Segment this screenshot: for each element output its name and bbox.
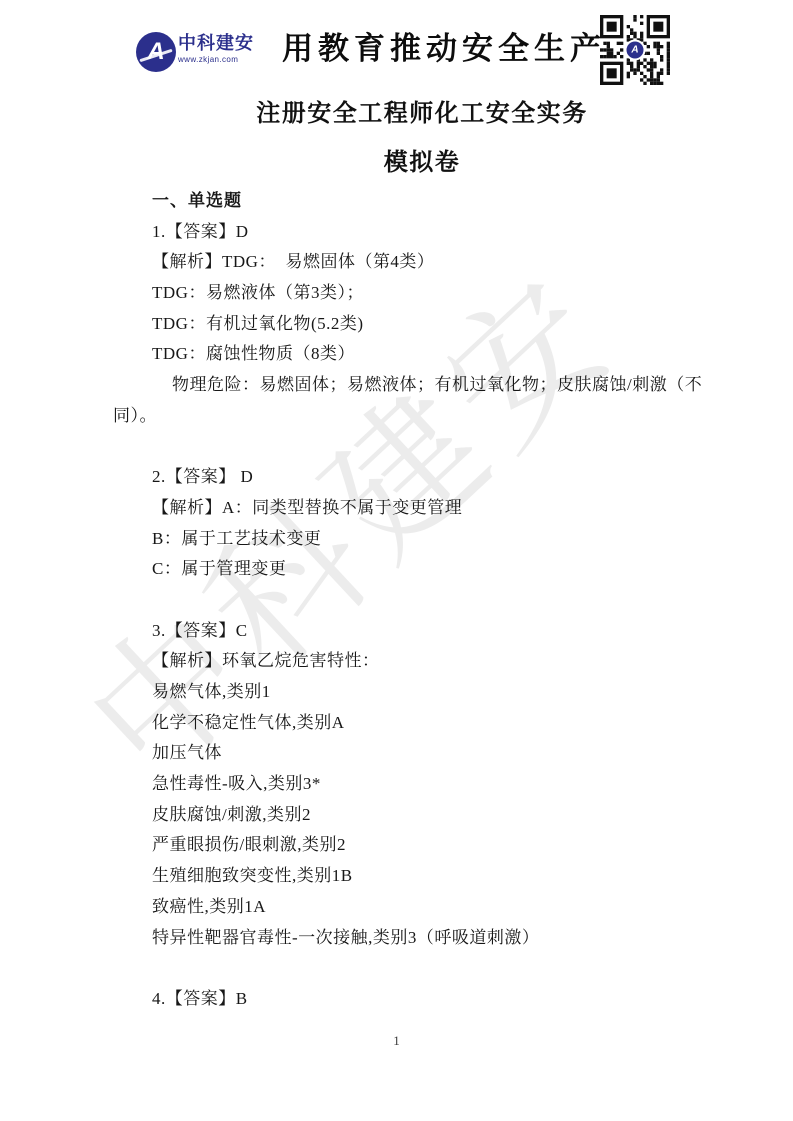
document-line bbox=[113, 585, 728, 616]
answer-lines: 1.【答案】D【解析】TDG： 易燃固体（第4类）TDG：易燃液体（第3类）；T… bbox=[113, 217, 728, 1015]
document-line: 【解析】A：同类型替换不属于变更管理 bbox=[113, 493, 728, 524]
page-footer: 1 bbox=[0, 1033, 793, 1049]
brand-logo-text: 中科建安 www.zkjan.com bbox=[178, 33, 254, 65]
page-number: 1 bbox=[393, 1033, 400, 1048]
document-page: 中科建安 A 中科建安 www.zkjan.com 用教育推动安全生产 A 注册… bbox=[0, 0, 793, 1121]
qr-code: A bbox=[600, 15, 670, 85]
brand-website: www.zkjan.com bbox=[178, 55, 254, 65]
document-body: 一、单选题 1.【答案】D【解析】TDG： 易燃固体（第4类）TDG：易燃液体（… bbox=[113, 186, 728, 1015]
brand-slogan: 用教育推动安全生产 bbox=[282, 28, 606, 70]
qr-center-logo: A bbox=[625, 40, 646, 61]
document-line: TDG：有机过氧化物(5.2类) bbox=[113, 309, 728, 340]
document-line: 易燃气体,类别1 bbox=[113, 677, 728, 708]
document-line: 2.【答案】 D bbox=[113, 462, 728, 493]
brand-name: 中科建安 bbox=[178, 33, 254, 54]
section-heading: 一、单选题 bbox=[113, 186, 728, 217]
document-line: C：属于管理变更 bbox=[113, 554, 728, 585]
document-line: B：属于工艺技术变更 bbox=[113, 524, 728, 555]
document-line: 急性毒性-吸入,类别3* bbox=[113, 769, 728, 800]
document-line: TDG：腐蚀性物质（8类） bbox=[113, 339, 728, 370]
document-line: 4.【答案】B bbox=[113, 984, 728, 1015]
document-line: 物理危险：易燃固体；易燃液体；有机过氧化物；皮肤腐蚀/刺激（不 bbox=[113, 370, 728, 401]
document-line: 1.【答案】D bbox=[113, 217, 728, 248]
document-line bbox=[113, 432, 728, 463]
document-line: 同）。 bbox=[113, 401, 728, 432]
document-line: 【解析】TDG： 易燃固体（第4类） bbox=[113, 247, 728, 278]
brand-logo-icon: A bbox=[136, 32, 176, 72]
document-line: 化学不稳定性气体,类别A bbox=[113, 708, 728, 739]
qr-logo-letter: A bbox=[631, 42, 638, 59]
document-line: 生殖细胞致突变性,类别1B bbox=[113, 861, 728, 892]
document-line: 3.【答案】C bbox=[113, 616, 728, 647]
document-title: 注册安全工程师化工安全实务 bbox=[113, 93, 731, 128]
document-line: 严重眼损伤/眼刺激,类别2 bbox=[113, 830, 728, 861]
document-line bbox=[113, 953, 728, 984]
document-line: 皮肤腐蚀/刺激,类别2 bbox=[113, 800, 728, 831]
document-line: 【解析】环氧乙烷危害特性： bbox=[113, 646, 728, 677]
document-line: 特异性靶器官毒性-一次接触,类别3（呼吸道刺激） bbox=[113, 923, 728, 954]
document-line: TDG：易燃液体（第3类）； bbox=[113, 278, 728, 309]
document-subtitle: 模拟卷 bbox=[113, 142, 731, 177]
document-line: 致癌性,类别1A bbox=[113, 892, 728, 923]
document-line: 加压气体 bbox=[113, 738, 728, 769]
